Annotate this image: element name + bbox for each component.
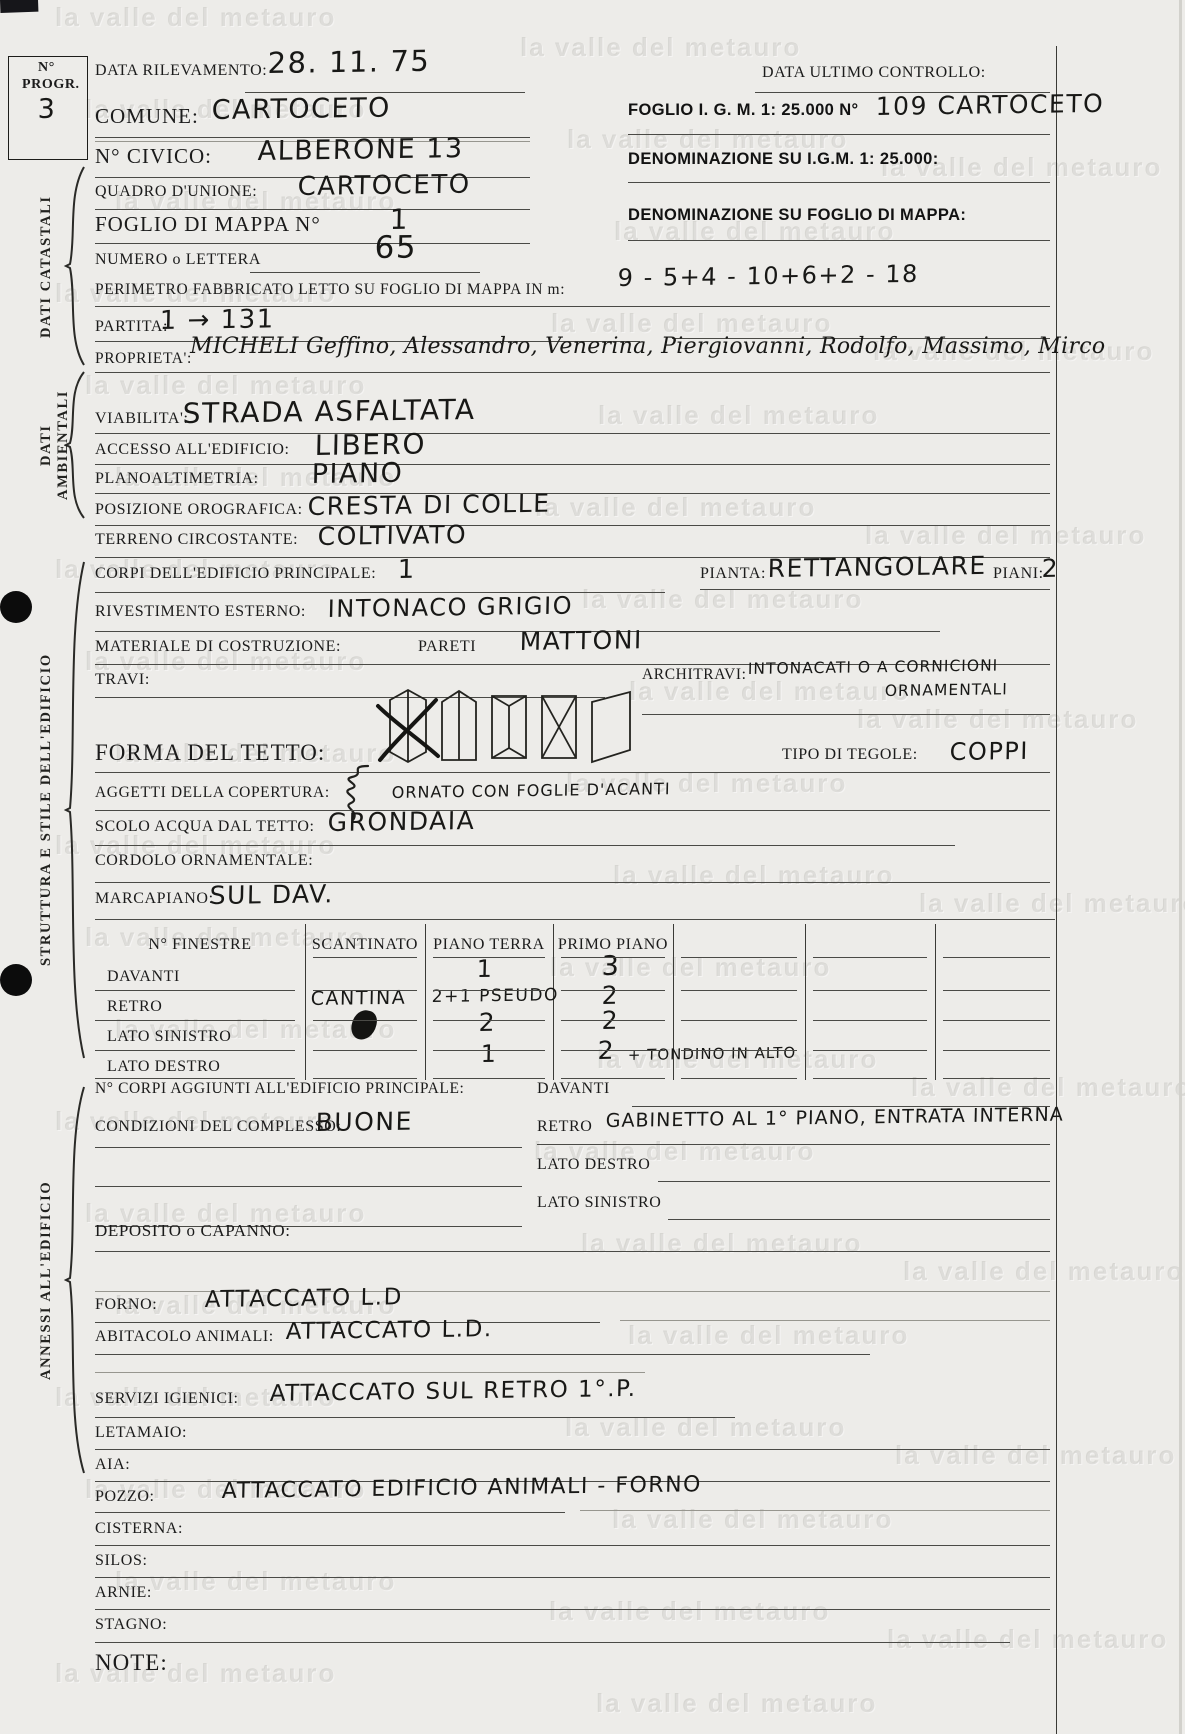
rule xyxy=(658,1181,1050,1182)
condizioni-label: CONDIZIONI DEL COMPLESSO: xyxy=(95,1118,341,1136)
pianta-value: RETTANGOLARE xyxy=(767,551,987,583)
rule xyxy=(537,1144,1050,1145)
proprieta-label: PROPRIETA': xyxy=(95,350,192,368)
sidebar-section-dati-catastali: DATI CATASTALI xyxy=(38,168,55,366)
foglio-igm-value: 109 CARTOCETO xyxy=(875,89,1104,121)
watermark-text: la valle del metauro xyxy=(895,1440,1176,1471)
watermark-text: la valle del metauro xyxy=(857,704,1138,735)
rule xyxy=(313,990,417,991)
corpi-aggiunti-lato-destro-label: LATO DESTRO xyxy=(537,1156,650,1174)
accesso-value: LIBERO xyxy=(314,427,426,462)
rule xyxy=(433,957,545,958)
architravi-value-line1: INTONACATI O A CORNICIONI xyxy=(748,657,999,678)
architravi-label: ARCHITRAVI: xyxy=(642,666,747,684)
condizioni-value: BUONE xyxy=(315,1107,413,1137)
watermark-text: la valle del metauro xyxy=(598,400,879,431)
rule xyxy=(95,493,1050,494)
pozzo-label: POZZO: xyxy=(95,1488,155,1506)
rule xyxy=(95,1449,1050,1450)
cell-davanti-piano-terra: 1 xyxy=(476,955,493,983)
forno-label: FORNO: xyxy=(95,1296,157,1314)
rule xyxy=(943,990,1050,991)
rule xyxy=(561,1078,665,1079)
pianta-label: PIANTA: xyxy=(700,565,766,583)
planoaltimetria-value: PIANO xyxy=(311,458,403,490)
quadro-unione-label: QUADRO D'UNIONE: xyxy=(95,183,257,201)
corpi-value: 1 xyxy=(397,555,416,585)
rule xyxy=(95,209,530,210)
roof-gable-ridge-icon xyxy=(442,691,476,760)
silos-label: SILOS: xyxy=(95,1552,148,1570)
watermark-text: la valle del metauro xyxy=(55,2,336,33)
rule xyxy=(95,810,1050,811)
data-controllo-label: DATA ULTIMO CONTROLLO: xyxy=(762,64,986,82)
rule xyxy=(813,1020,927,1021)
watermark-text: la valle del metauro xyxy=(612,1504,893,1535)
finestre-row-lato-destro-label: LATO DESTRO xyxy=(107,1058,220,1076)
rule xyxy=(813,1050,927,1051)
civico-label: N° CIVICO: xyxy=(95,144,212,169)
rule xyxy=(313,957,417,958)
rule xyxy=(433,1078,545,1079)
rule xyxy=(561,957,665,958)
numero-lettera-label: NUMERO o LETTERA xyxy=(95,251,261,269)
watermark-text: la valle del metauro xyxy=(115,1566,396,1597)
tegole-value: COPPI xyxy=(949,737,1029,766)
rule xyxy=(943,1020,1050,1021)
perimetro-value: 9 - 5+4 - 10+6+2 - 18 xyxy=(617,260,919,292)
finestre-header-piano-terra: PIANO TERRA xyxy=(425,936,553,954)
table-divider xyxy=(935,924,936,1080)
watermark-text: la valle del metauro xyxy=(613,860,894,891)
rule xyxy=(943,1050,1050,1051)
forma-tetto-label: FORMA DEL TETTO: xyxy=(95,740,325,766)
watermark-text: la valle del metauro xyxy=(596,1688,877,1719)
aggetti-label: AGGETTI DELLA COPERTURA: xyxy=(95,784,330,802)
foglio-igm-label: FOGLIO I. G. M. 1: 25.000 N° xyxy=(628,101,859,120)
marcapiano-label: MARCAPIANO: xyxy=(95,890,214,908)
viabilita-label: VIABILITA': xyxy=(95,410,189,428)
watermark-text: la valle del metauro xyxy=(535,492,816,523)
corpi-aggiunti-lato-sinistro-label: LATO SINISTRO xyxy=(537,1194,661,1212)
rivestimento-value: INTONACO GRIGIO xyxy=(327,592,573,623)
rule xyxy=(95,464,1050,465)
comune-label: COMUNE: xyxy=(95,104,199,129)
servizi-value: ATTACCATO SUL RETRO 1°.P. xyxy=(269,1376,636,1407)
rule xyxy=(95,1020,295,1021)
viabilita-value: STRADA ASFALTATA xyxy=(182,393,476,430)
rivestimento-label: RIVESTIMENTO ESTERNO: xyxy=(95,603,306,621)
rule xyxy=(628,134,1050,135)
denominazione-igm-label: DENOMINAZIONE SU I.G.M. 1: 25.000: xyxy=(628,150,939,169)
rule xyxy=(95,1417,735,1418)
rule xyxy=(433,990,545,991)
sidebar-section-struttura: STRUTTURA E STILE DELL'EDIFICIO xyxy=(38,580,55,1040)
posizione-label: POSIZIONE OROGRAFICA: xyxy=(95,501,303,519)
pareti-label: PARETI xyxy=(418,638,476,656)
civico-value: ALBERONE 13 xyxy=(257,133,464,167)
cell-retro-piano-terra: 2+1 PSEUDO xyxy=(432,985,559,1007)
rule xyxy=(561,1020,665,1021)
foglio-mappa-label: FOGLIO DI MAPPA N° xyxy=(95,212,321,237)
roof-hip-ridge-icon xyxy=(492,696,526,758)
rule xyxy=(813,990,927,991)
cell-sinistro-piano-terra: 2 xyxy=(478,1008,496,1037)
forno-value: ATTACCATO L.D xyxy=(204,1284,403,1313)
note-label: NOTE: xyxy=(95,1650,168,1676)
rule xyxy=(95,1545,1050,1546)
servizi-label: SERVIZI IGIENICI: xyxy=(95,1390,239,1408)
rule xyxy=(561,1050,665,1051)
cordolo-label: CORDOLO ORNAMENTALE: xyxy=(95,852,313,870)
watermark-text: la valle del metauro xyxy=(903,1256,1184,1287)
progr-value: 3 xyxy=(37,94,56,125)
rule xyxy=(681,1078,797,1079)
rule xyxy=(668,1219,1050,1220)
rule xyxy=(95,1372,645,1373)
arnie-label: ARNIE: xyxy=(95,1584,152,1602)
rule xyxy=(95,1147,522,1148)
quadro-unione-value: CARTOCETO xyxy=(297,170,471,202)
corpi-aggiunti-retro-value: GABINETTO AL 1° PIANO, ENTRATA INTERNA xyxy=(606,1104,1064,1132)
rule xyxy=(628,182,1050,183)
rule xyxy=(95,1354,870,1355)
rule xyxy=(95,990,295,991)
abitacolo-label: ABITACOLO ANIMALI: xyxy=(95,1328,274,1346)
rule xyxy=(943,957,1050,958)
paper-edge xyxy=(1179,0,1182,1734)
rule xyxy=(95,1251,1050,1252)
rule xyxy=(95,243,530,244)
rule xyxy=(580,1510,1050,1511)
section-brace xyxy=(62,560,86,1060)
finestre-header-finestre: N° FINESTRE xyxy=(95,936,305,954)
progr-label-line1: N° xyxy=(38,60,55,76)
terreno-label: TERRENO CIRCOSTANTE: xyxy=(95,531,298,549)
punch-hole xyxy=(0,964,32,996)
section-brace xyxy=(62,1085,86,1475)
rule xyxy=(95,772,1050,773)
abitacolo-value: ATTACCATO L.D. xyxy=(285,1316,493,1345)
data-rilevamento-value: 28. 11. 75 xyxy=(267,44,430,80)
scan-edge-mark xyxy=(0,0,38,13)
data-rilevamento-label: DATA RILEVAMENTO: xyxy=(95,62,267,80)
rule xyxy=(95,1577,1050,1578)
numero-lettera-value: 65 xyxy=(374,229,417,266)
posizione-value: CRESTA DI COLLE xyxy=(307,489,550,521)
aggetti-value: ORNATO CON FOGLIE D'ACANTI xyxy=(392,779,671,802)
rule xyxy=(95,1078,295,1079)
rule xyxy=(95,372,1050,373)
watermark-text: la valle del metauro xyxy=(628,1320,909,1351)
watermark-text: la valle del metauro xyxy=(919,888,1185,919)
piani-label: PIANI: xyxy=(993,565,1044,583)
accesso-label: ACCESSO ALL'EDIFICIO: xyxy=(95,441,290,459)
deposito-label: DEPOSITO o CAPANNO: xyxy=(95,1221,291,1241)
rule xyxy=(95,1512,565,1513)
rule xyxy=(813,957,927,958)
cell-davanti-primo-piano: 3 xyxy=(601,951,620,982)
watermark-text: la valle del metauro xyxy=(887,1624,1168,1655)
scolo-label: SCOLO ACQUA DAL TETTO: xyxy=(95,818,315,836)
rule xyxy=(95,592,665,593)
rule xyxy=(313,1020,417,1021)
corpi-aggiunti-retro-label: RETRO xyxy=(537,1118,592,1136)
rule xyxy=(433,1050,545,1051)
terreno-value: COLTIVATO xyxy=(317,520,467,551)
rule xyxy=(681,957,797,958)
sidebar-section-annessi: ANNESSI ALL'EDIFICIO xyxy=(38,1100,55,1460)
roof-single-pitch-icon xyxy=(592,692,630,762)
rule xyxy=(813,1078,927,1079)
tegole-label: TIPO DI TEGOLE: xyxy=(782,746,918,764)
cisterna-label: CISTERNA: xyxy=(95,1520,183,1538)
progr-label-line2: PROGR. xyxy=(22,77,80,93)
rule xyxy=(95,1050,295,1051)
watermark-text: la valle del metauro xyxy=(581,1228,862,1259)
page-right-rule xyxy=(1056,46,1057,1734)
stagno-label: STAGNO: xyxy=(95,1616,167,1634)
comune-value: CARTOCETO xyxy=(211,93,391,126)
rule xyxy=(95,919,1055,920)
scanned-survey-form: la valle del metaurola valle del metauro… xyxy=(0,0,1185,1734)
rule xyxy=(313,1050,417,1051)
rule xyxy=(433,1020,545,1021)
watermark-text: la valle del metauro xyxy=(911,1072,1185,1103)
rule xyxy=(628,240,1050,241)
roof-shape-icons xyxy=(386,686,638,768)
planoaltimetria-label: PLANOALTIMETRIA: xyxy=(95,470,259,488)
rule xyxy=(95,631,940,632)
partita-label: PARTITA: xyxy=(95,318,168,336)
piani-value: 2 xyxy=(1041,554,1059,583)
materiale-value: MATTONI xyxy=(519,625,643,656)
partita-value: 1 → 131 xyxy=(159,304,275,336)
pozzo-value: ATTACCATO EDIFICIO ANIMALI - FORNO xyxy=(221,1472,702,1504)
rule xyxy=(642,714,1050,715)
aia-label: AIA: xyxy=(95,1456,130,1474)
watermark-text: la valle del metauro xyxy=(520,32,801,63)
rule xyxy=(95,1186,522,1187)
corpi-aggiunti-davanti-label: DAVANTI xyxy=(537,1080,610,1098)
marcapiano-value: SUL DAV. xyxy=(209,879,334,910)
corpi-aggiunti-label: N° CORPI AGGIUNTI ALL'EDIFICIO PRINCIPAL… xyxy=(95,1080,464,1098)
cell-destro-primo-piano-note: + TONDINO IN ALTO xyxy=(628,1044,797,1064)
section-brace xyxy=(62,165,86,367)
perimetro-label: PERIMETRO FABBRICATO LETTO SU FOGLIO DI … xyxy=(95,281,565,299)
rule xyxy=(681,1050,797,1051)
proprieta-value: MICHELI Geffino, Alessandro, Venerina, P… xyxy=(190,334,1105,359)
denominazione-mappa-label: DENOMINAZIONE SU FOGLIO DI MAPPA: xyxy=(628,206,966,225)
rule xyxy=(95,525,1050,526)
travi-label: TRAVI: xyxy=(95,671,150,689)
rule xyxy=(95,433,1050,434)
roof-pavilion-icon xyxy=(542,696,576,758)
rule xyxy=(95,845,955,846)
rule xyxy=(561,990,665,991)
sidebar-section-dati-ambientali: DATI AMBIENTALI xyxy=(38,370,72,520)
roof-hip-ridge-crossed-icon xyxy=(390,690,426,762)
rule xyxy=(681,990,797,991)
punch-hole xyxy=(0,591,32,623)
rule xyxy=(95,1609,1050,1610)
finestre-header-scantinato: SCANTINATO xyxy=(305,936,425,954)
letamaio-label: LETAMAIO: xyxy=(95,1424,187,1442)
rule xyxy=(95,1642,1010,1643)
scolo-value: GRONDAIA xyxy=(327,806,475,837)
finestre-row-retro-label: RETRO xyxy=(107,998,162,1016)
rule xyxy=(250,272,480,273)
finestre-row-lato-sinistro-label: LATO SINISTRO xyxy=(107,1028,231,1046)
corpi-label: CORPI DELL'EDIFICIO PRINCIPALE: xyxy=(95,565,376,583)
cell-destro-piano-terra: 1 xyxy=(480,1040,497,1068)
rule xyxy=(943,1078,1050,1079)
finestre-row-davanti-label: DAVANTI xyxy=(107,968,180,986)
rule xyxy=(700,589,1050,590)
rule xyxy=(313,1078,417,1079)
materiale-label: MATERIALE DI COSTRUZIONE: xyxy=(95,638,341,656)
rule xyxy=(620,1320,1050,1321)
watermark-text: la valle del metauro xyxy=(549,1596,830,1627)
rule xyxy=(681,1020,797,1021)
architravi-value-line2: ORNAMENTALI xyxy=(885,680,1008,700)
table-divider xyxy=(805,924,806,1080)
